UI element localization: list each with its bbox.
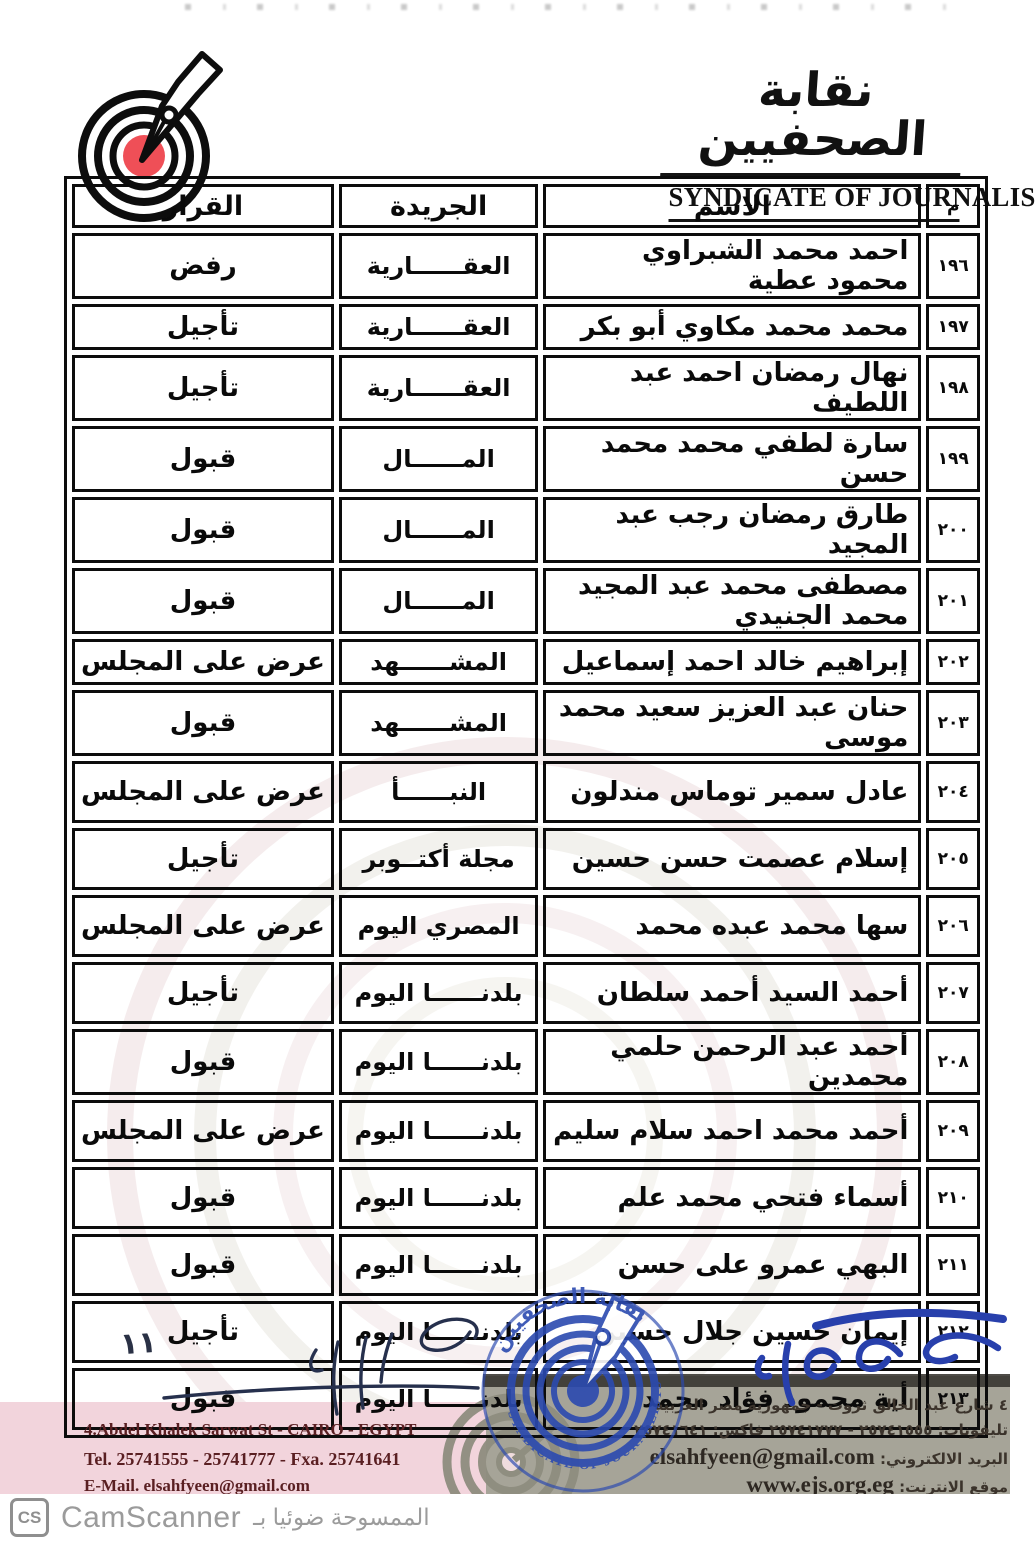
scanned-document-page: نقابة الصحفيين SYNDICATE OF JOURNALISTS …	[0, 0, 1035, 1541]
camscanner-name: CamScanner	[61, 1501, 241, 1535]
row-number: ٢٠٥	[926, 828, 980, 890]
member-newspaper: النبــــــأ	[339, 761, 538, 823]
table-header-row: م الاسم الجريدة القرار	[72, 184, 980, 228]
row-number: ٢٠٦	[926, 895, 980, 957]
member-decision: قبول	[72, 1029, 334, 1095]
camscanner-logo: CS	[10, 1498, 49, 1537]
member-decision: عرض على المجلس	[72, 1100, 334, 1162]
row-number: ٢٠٢	[926, 639, 980, 685]
table-row: ١٩٨ نهال رمضان احمد عبد اللطيف العقـــــ…	[72, 355, 980, 421]
camscanner-scanned-with-text: الممسوحة ضوئيا بـ	[253, 1504, 430, 1531]
member-name: أحمد السيد أحمد سلطان	[543, 962, 921, 1024]
member-name: إبراهيم خالد احمد إسماعيل	[543, 639, 921, 685]
member-name: نهال رمضان احمد عبد اللطيف	[543, 355, 921, 421]
member-decision: قبول	[72, 690, 334, 756]
member-name: عادل سمير توماس مندلون	[543, 761, 921, 823]
member-name: أحمد محمد احمد سلام سليم	[543, 1100, 921, 1162]
row-number: ٢١٠	[926, 1167, 980, 1229]
member-name: محمد محمد مكاوي أبو بكر	[543, 304, 921, 350]
row-number: ٢٠٧	[926, 962, 980, 1024]
member-decision: عرض على المجلس	[72, 761, 334, 823]
row-number: ١٩٧	[926, 304, 980, 350]
table-row: ٢٠٠ طارق رمضان رجب عبد المجيد المــــــا…	[72, 497, 980, 563]
member-name: طارق رمضان رجب عبد المجيد	[543, 497, 921, 563]
member-decision: قبول	[72, 1234, 334, 1296]
member-name: مصطفى محمد عبد المجيد محمد الجنيدي	[543, 568, 921, 634]
member-decision: تأجيل	[72, 304, 334, 350]
col-header-number: م	[926, 184, 980, 228]
row-number: ٢٠٠	[926, 497, 980, 563]
member-decision: تأجيل	[72, 355, 334, 421]
table-row: ٢٠٢ إبراهيم خالد احمد إسماعيل المشــــــ…	[72, 639, 980, 685]
member-newspaper: بلدنــــــا اليوم	[339, 962, 538, 1024]
footer-email-en: E-Mail. elsahfyeen@gmail.com	[84, 1476, 504, 1496]
member-decision: قبول	[72, 426, 334, 492]
table-row: ٢٠٦ سها محمد عبده محمد المصري اليوم عرض …	[72, 895, 980, 957]
member-name: احمد محمد الشبراوي محمود عطية	[543, 233, 921, 299]
table-row: ٢٠٩ أحمد محمد احمد سلام سليم بلدنــــــا…	[72, 1100, 980, 1162]
row-number: ١٩٩	[926, 426, 980, 492]
syndicate-blue-stamp: نقابة الصحفيين SYNDICATE OF JOURNALISTS	[470, 1278, 696, 1504]
member-newspaper: مجلة أكتــوبر	[339, 828, 538, 890]
footer-tel-en: Tel. 25741555 - 25741777 - Fxa. 25741641	[84, 1449, 504, 1470]
table-row: ٢٠٣ حنان عبد العزيز سعيد محمد موسى المشـ…	[72, 690, 980, 756]
signature-right	[668, 1306, 1020, 1406]
member-decision: رفض	[72, 233, 334, 299]
row-number: ٢٠٤	[926, 761, 980, 823]
org-name-arabic: نقابة الصحفيين	[660, 66, 968, 176]
row-number: ٢٠٨	[926, 1029, 980, 1095]
col-header-decision: القرار	[72, 184, 334, 228]
member-newspaper: بلدنــــــا اليوم	[339, 1100, 538, 1162]
row-number: ١٩٨	[926, 355, 980, 421]
member-decision: قبول	[72, 497, 334, 563]
table-row: ١٩٦ احمد محمد الشبراوي محمود عطية العقــ…	[72, 233, 980, 299]
member-name: أسماء فتحي محمد علم	[543, 1167, 921, 1229]
members-table-wrapper: م الاسم الجريدة القرار ١٩٦ احمد محمد الش…	[64, 176, 988, 1438]
member-decision: قبول	[72, 1167, 334, 1229]
member-decision: قبول	[72, 568, 334, 634]
member-newspaper: المصري اليوم	[339, 895, 538, 957]
member-decision: تأجيل	[72, 828, 334, 890]
member-newspaper: بلدنــــــا اليوم	[339, 1167, 538, 1229]
members-table: م الاسم الجريدة القرار ١٩٦ احمد محمد الش…	[64, 176, 988, 1438]
col-header-newspaper: الجريدة	[339, 184, 538, 228]
table-row: ١٩٧ محمد محمد مكاوي أبو بكر العقــــــار…	[72, 304, 980, 350]
member-newspaper: المــــــال	[339, 497, 538, 563]
row-number: ٢٠١	[926, 568, 980, 634]
member-newspaper: المــــــال	[339, 426, 538, 492]
signature-left	[130, 1308, 510, 1423]
table-row: ١٩٩ سارة لطفي محمد محمد حسن المــــــال …	[72, 426, 980, 492]
row-number: ١٩٦	[926, 233, 980, 299]
table-row: ٢١٠ أسماء فتحي محمد علم بلدنــــــا اليو…	[72, 1167, 980, 1229]
table-row: ٢٠١ مصطفى محمد عبد المجيد محمد الجنيدي ا…	[72, 568, 980, 634]
member-newspaper: العقــــــارية	[339, 233, 538, 299]
table-row: ٢٠٧ أحمد السيد أحمد سلطان بلدنــــــا ال…	[72, 962, 980, 1024]
member-name: أحمد عبد الرحمن حلمي محمدين	[543, 1029, 921, 1095]
row-number: ٢٠٣	[926, 690, 980, 756]
row-number: ٢١١	[926, 1234, 980, 1296]
camscanner-watermark-bar: CS CamScanner الممسوحة ضوئيا بـ	[0, 1494, 1035, 1541]
member-newspaper: بلدنــــــا اليوم	[339, 1029, 538, 1095]
member-newspaper: العقــــــارية	[339, 304, 538, 350]
member-newspaper: العقــــــارية	[339, 355, 538, 421]
member-decision: عرض على المجلس	[72, 639, 334, 685]
member-decision: تأجيل	[72, 962, 334, 1024]
footer-email-label-ar: البريد الالكتروني:	[880, 1450, 1008, 1468]
col-header-name: الاسم	[543, 184, 921, 228]
member-name: سارة لطفي محمد محمد حسن	[543, 426, 921, 492]
table-row: ٢٠٥ إسلام عصمت حسن حسين مجلة أكتــوبر تأ…	[72, 828, 980, 890]
member-name: سها محمد عبده محمد	[543, 895, 921, 957]
member-newspaper: المشــــــهد	[339, 690, 538, 756]
member-name: إسلام عصمت حسن حسين	[543, 828, 921, 890]
table-row: ٢٠٨ أحمد عبد الرحمن حلمي محمدين بلدنــــ…	[72, 1029, 980, 1095]
member-newspaper: المــــــال	[339, 568, 538, 634]
member-decision: عرض على المجلس	[72, 895, 334, 957]
footer-address-en: 4.Abdel Khalek Sarwat St - CAIRO - EGYPT	[84, 1420, 504, 1440]
member-newspaper: المشــــــهد	[339, 639, 538, 685]
member-name: حنان عبد العزيز سعيد محمد موسى	[543, 690, 921, 756]
row-number: ٢٠٩	[926, 1100, 980, 1162]
table-row: ٢٠٤ عادل سمير توماس مندلون النبــــــأ ع…	[72, 761, 980, 823]
